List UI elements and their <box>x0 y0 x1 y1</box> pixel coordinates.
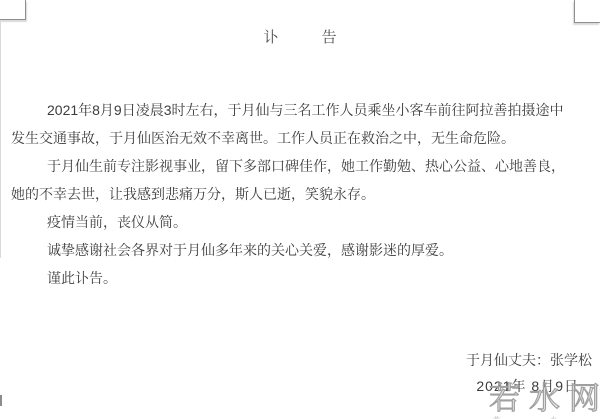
paragraph-line: 2021年8月9日凌晨3时左右，于月仙与三名工作人员乘坐小客车前往阿拉善拍摄途中 <box>11 96 589 124</box>
page-title: 讣 告 <box>0 26 600 47</box>
paragraph-accident: 2021年8月9日凌晨3时左右，于月仙与三名工作人员乘坐小客车前往阿拉善拍摄途中… <box>11 96 589 152</box>
paragraph-funeral: 疫情当前，丧仪从简。 <box>11 208 589 236</box>
watermark-subtext: 若 水 网 <box>489 415 600 419</box>
paragraph-thanks: 诚挚感谢社会各界对于月仙多年来的关心关爱，感谢影迷的厚爱。 <box>11 236 589 264</box>
left-edge-mark <box>0 395 2 406</box>
obituary-notice-page: 讣 告 2021年8月9日凌晨3时左右，于月仙与三名工作人员乘坐小客车前往阿拉善… <box>0 0 600 419</box>
paragraph-line: 她的不幸去世，让我感到悲痛万分，斯人已逝，笑貌永存。 <box>11 180 589 208</box>
signature-date: 2021年 8月9日 <box>476 373 579 399</box>
paragraph-line: 谨此讣告。 <box>11 264 589 292</box>
paragraph-line: 发生交通事故，于月仙医治无效不幸离世。工作人员正在救治之中，无生命危险。 <box>11 124 589 152</box>
paragraph-line: 于月仙生前专注影视事业，留下多部口碑佳作，她工作勤勉、热心公益、心地善良， <box>11 152 589 180</box>
paragraph-line: 疫情当前，丧仪从简。 <box>11 208 589 236</box>
top-left-border-fragment <box>0 0 26 20</box>
notice-body: 2021年8月9日凌晨3时左右，于月仙与三名工作人员乘坐小客车前往阿拉善拍摄途中… <box>11 96 589 292</box>
paragraph-tribute: 于月仙生前专注影视事业，留下多部口碑佳作，她工作勤勉、热心公益、心地善良， 她的… <box>11 152 589 208</box>
signature-name: 于月仙丈夫：张学松 <box>466 347 592 373</box>
paragraph-closing: 谨此讣告。 <box>11 264 589 292</box>
top-right-border-fragment <box>574 0 600 23</box>
paragraph-line: 诚挚感谢社会各界对于月仙多年来的关心关爱，感谢影迷的厚爱。 <box>11 236 589 264</box>
left-edge-line <box>0 20 1 258</box>
signature-block: 于月仙丈夫：张学松 2021年 8月9日 <box>466 347 592 399</box>
